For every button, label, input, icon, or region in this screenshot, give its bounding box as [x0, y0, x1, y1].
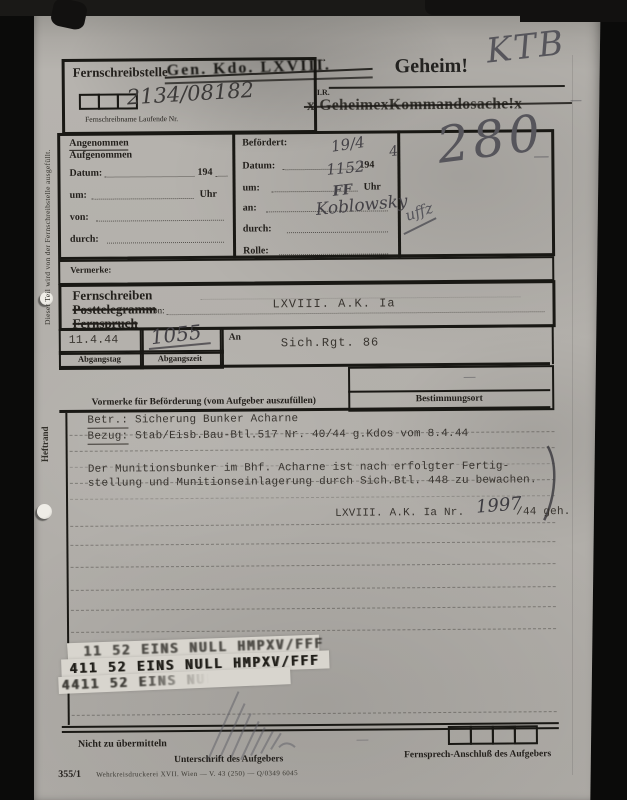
- phone-box: [514, 725, 538, 744]
- datum-label: Datum:: [69, 169, 102, 179]
- hw-year: 4: [388, 144, 399, 159]
- phone-box: [448, 726, 472, 745]
- fill-line: [215, 176, 227, 177]
- body-line: Der Munitionsbunker im Bhf. Acharne ist …: [88, 461, 510, 475]
- serial-box: [79, 94, 100, 110]
- rolle-label: Rolle:: [243, 246, 269, 256]
- datum-label: Datum:: [242, 161, 275, 171]
- durch-label: durch:: [70, 235, 99, 245]
- sender-typed: LXVIII. A.K. Ia: [272, 297, 395, 310]
- pencil-dash: —: [570, 94, 582, 106]
- an-label: An: [229, 334, 241, 344]
- ruled-line: [70, 522, 555, 527]
- ruled-line: [71, 586, 556, 591]
- vermerke-label: Vermerke:: [70, 266, 111, 275]
- phone-box: [492, 725, 516, 744]
- office-caption: Fernschreibname Laufende Nr.: [85, 115, 178, 123]
- year-print: 194: [197, 168, 212, 178]
- ruled-line: [71, 606, 556, 611]
- serial-box: [98, 94, 119, 110]
- arrow-mark: →: [317, 54, 328, 65]
- pencil-dash: —: [533, 148, 549, 164]
- scanned-telegram-form: Dieser Teil wird von der Fernschreibstel…: [0, 0, 627, 800]
- hw-number: 280: [434, 107, 547, 171]
- posttelegramm-option-struck: Posttelegramm: [72, 302, 156, 316]
- aufgenommen-label: Aufgenommen: [69, 150, 132, 160]
- durch-label: durch:: [243, 224, 272, 234]
- stamp-suffix: I.R.: [317, 89, 330, 97]
- bezug-text: Stab/Eisb.Bau-Btl.517 Nr. 40/44 g.Kdos v…: [135, 428, 468, 443]
- uhr-label: Uhr: [364, 182, 381, 192]
- bestimmungsort-label: Bestimmungsort: [348, 394, 550, 405]
- ruled-line: [70, 447, 555, 452]
- betr-label: Betr.:: [87, 414, 128, 428]
- abgangszeit-label: Abgangszeit: [140, 354, 220, 363]
- phone-box: [470, 726, 494, 745]
- ktb-handwritten: KTB: [485, 26, 567, 69]
- phone-checkboxes: [448, 725, 536, 750]
- an-cell: [220, 325, 554, 367]
- classification-rule: [329, 85, 565, 88]
- betr-line: Betr.: Sicherung Bunker Acharne: [87, 414, 298, 427]
- fernschreiben-option: Fernschreiben: [72, 288, 152, 302]
- bezug-line: Bezug: Stab/Eisb.Bau-Btl.517 Nr. 40/44 g…: [87, 429, 468, 443]
- an-label: an:: [243, 203, 257, 213]
- vormerke-header: Vormerke für Beförderung (vom Aufgeber a…: [59, 397, 348, 409]
- reference-post-typed: /44 geh.: [516, 507, 571, 518]
- ruled-line: [71, 628, 556, 633]
- von-label: von:: [149, 306, 165, 315]
- body-line: stellung und Munitionseinlagerung durch …: [88, 475, 537, 490]
- betr-text: Sicherung Bunker Acharne: [135, 413, 298, 426]
- pencil-dash: —: [356, 734, 369, 747]
- form-content: Fernschreibstelle Fernschreibname Laufen…: [0, 0, 627, 800]
- um-label: um:: [243, 183, 260, 193]
- befoerdert-label: Befördert:: [242, 138, 287, 148]
- abgangstag-label: Abgangstag: [59, 354, 140, 363]
- nicht-uebermitteln-label: Nicht zu übermitteln: [78, 739, 167, 750]
- form-number: 355/1: [58, 770, 81, 780]
- von-label: von:: [70, 213, 89, 223]
- dispatch-date-typed: 11.4.44: [69, 335, 119, 347]
- ruled-line: [70, 541, 555, 546]
- fernschreibstelle-label: Fernschreibstelle: [73, 65, 168, 79]
- uhr-label: Uhr: [200, 190, 217, 200]
- recipient-typed: Sich.Rgt. 86: [281, 336, 380, 349]
- pencil-dash: —: [463, 371, 476, 384]
- fernsprech-label: Fernsprech-Anschluß des Aufgebers: [404, 750, 551, 761]
- geheim-label: Geheim!: [395, 56, 468, 77]
- reference-pre-typed: LXVIII. A.K. Ia Nr.: [335, 508, 464, 520]
- ruled-line: [71, 563, 556, 568]
- unterschrift-label: Unterschrift des Aufgebers: [174, 755, 283, 765]
- printer-imprint: Wehrkreisdruckerei XVII. Wien — V. 43 (2…: [96, 770, 298, 779]
- bezug-label: Bezug:: [87, 430, 128, 444]
- um-label: um:: [70, 191, 87, 201]
- hw-um: 1152: [326, 159, 365, 178]
